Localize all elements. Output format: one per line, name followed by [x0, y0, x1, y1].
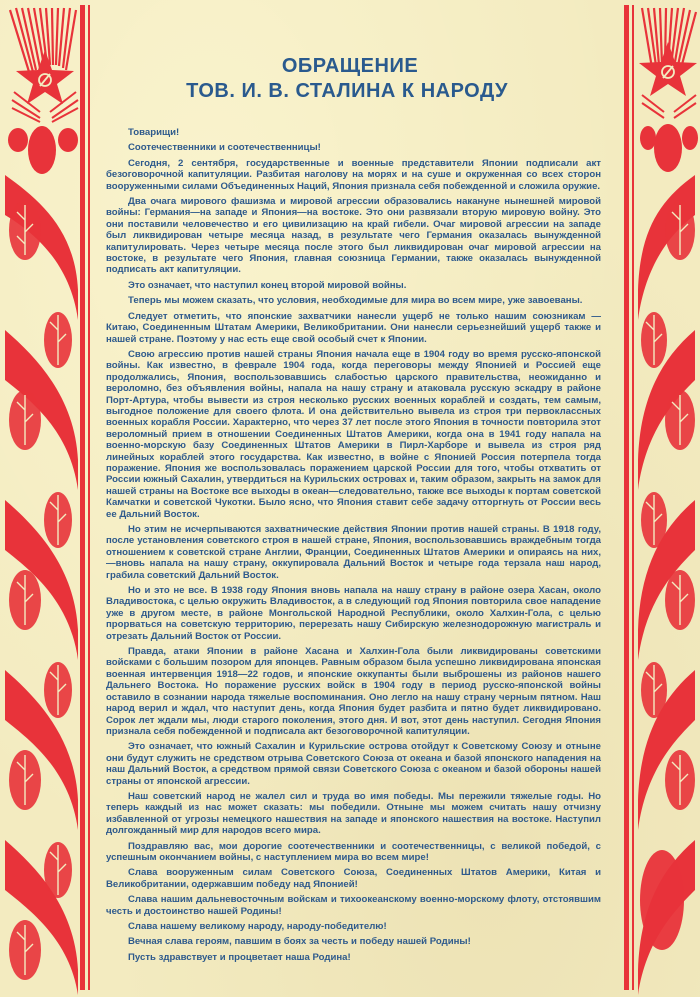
greeting-comrades: Товарищи! — [106, 127, 601, 138]
paragraph: Но и это не все. В 1938 году Япония внов… — [106, 585, 601, 642]
paragraph: Наш советский народ не жалел сил и труда… — [106, 791, 601, 837]
paragraph: Правда, атаки Японии в районе Хасана и Х… — [106, 646, 601, 737]
paragraph: Это означает, что наступил конец второй … — [106, 280, 601, 291]
document-body: Товарищи! Соотечественники и соотечестве… — [106, 127, 601, 967]
paragraph: Следует отметить, что японские захватчик… — [106, 311, 601, 345]
slogan: Слава вооруженным силам Советского Союза… — [106, 867, 601, 890]
left-border-graphic — [0, 0, 108, 997]
document-title: ОБРАЩЕНИЕ ТОВ. И. В. СТАЛИНА К НАРОДУ — [0, 54, 700, 104]
slogan: Слава нашему великому народу, народу-поб… — [106, 921, 601, 932]
greeting-compatriots: Соотечественники и соотечественницы! — [106, 142, 601, 153]
title-line-2: ТОВ. И. В. СТАЛИНА К НАРОДУ — [0, 78, 700, 104]
paragraph: Поздравляю вас, мои дорогие соотечествен… — [106, 841, 601, 864]
paragraph: Сегодня, 2 сентября, государственные и в… — [106, 158, 601, 192]
right-ornamental-border — [590, 0, 700, 997]
paragraph: Теперь мы можем сказать, что условия, не… — [106, 295, 601, 306]
paragraph: Свою агрессию против нашей страны Япония… — [106, 349, 601, 520]
paragraph: Но этим не исчерпываются захватнические … — [106, 524, 601, 581]
left-ornamental-border — [0, 0, 108, 997]
paragraph: Это означает, что южный Сахалин и Куриль… — [106, 741, 601, 787]
paragraph: Два очага мирового фашизма и мировой агр… — [106, 196, 601, 276]
slogan: Вечная слава героям, павшим в боях за че… — [106, 936, 601, 947]
slogan: Слава нашим дальневосточным войскам и ти… — [106, 894, 601, 917]
slogan: Пусть здравствует и процветает наша Роди… — [106, 952, 601, 963]
right-border-graphic — [590, 0, 700, 997]
title-line-1: ОБРАЩЕНИЕ — [0, 54, 700, 78]
